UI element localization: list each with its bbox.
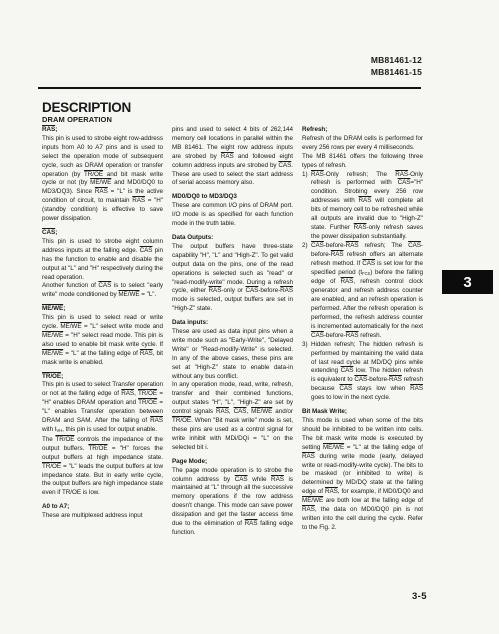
chapter-tab: 3 [442, 270, 493, 294]
overlined-signal: CAS [311, 332, 324, 339]
overlined-signal: ME/WE [90, 179, 111, 186]
overlined-signal: RAS [325, 488, 338, 495]
list-number: 3) [302, 341, 311, 403]
paragraph: This pin is used to select Transfer oper… [42, 381, 163, 435]
paragraph: This pin is used to strobe eight column … [42, 238, 163, 283]
part-number-header: MB81461-12 MB81461-15 [371, 55, 422, 78]
column-middle-blocks: pins and used to select 4 bits of 262,14… [172, 126, 293, 538]
paragraph: In any operation mode, read, write, refr… [172, 381, 293, 452]
paragraph: This mode is used when some of the bits … [302, 417, 423, 533]
list-number: 1) [302, 171, 311, 242]
column-right: Refresh;Refresh of the DRAM cells is per… [302, 100, 423, 538]
overlined-signal: CAS [235, 476, 248, 483]
overlined-signal: TR/OE [88, 445, 107, 452]
overlined-signal: RAS [346, 242, 359, 249]
overlined-signal: RAS [271, 476, 284, 483]
overlined-signal: RAS [209, 287, 222, 294]
paragraph: The output buffers have three-state capa… [172, 243, 293, 314]
paragraph: This pin is used to select read or write… [42, 314, 163, 367]
overlined-signal: RAS [140, 350, 153, 357]
page-body: DESCRIPTION DRAM OPERATION RAS;This pin … [42, 100, 422, 538]
page-title: DESCRIPTION [42, 100, 163, 115]
section-subtitle: DRAM OPERATION [42, 115, 163, 125]
paragraph: Refresh of the DRAM cells is performed f… [302, 135, 423, 153]
overlined-signal: CAS [245, 287, 258, 294]
overlined-signal: ME/WE [42, 332, 63, 339]
overlined-signal: CAS [234, 408, 247, 415]
overlined-signal: RAS [311, 171, 324, 178]
overlined-signal: TR/OE [55, 436, 74, 443]
overlined-signal: RAS [359, 197, 372, 204]
overlined-signal: CAS [311, 242, 324, 249]
overlined-signal: ME/WE [42, 350, 63, 357]
overlined-signal: RAS [410, 385, 423, 392]
overlined-signal: RAS [221, 153, 234, 160]
subscript: FCS [362, 271, 370, 276]
column-left: DESCRIPTION DRAM OPERATION RAS;This pin … [42, 100, 163, 538]
paragraph: pins and used to select 4 bits of 262,14… [172, 126, 293, 188]
overlined-signal: RAS [216, 408, 229, 415]
subscript: VH [57, 428, 63, 433]
list-item: 1)RAS-Only refresh; The RAS-Only refresh… [302, 171, 423, 242]
section-heading: Refresh; [302, 126, 423, 135]
section-heading: TR/OE; [42, 373, 163, 382]
header-rule [38, 87, 421, 89]
paragraph: The TR/OE controls the impedance of the … [42, 436, 163, 498]
overlined-signal: CAS [408, 242, 421, 249]
overlined-signal: RAS [245, 520, 258, 527]
section-heading: CAS; [42, 229, 163, 238]
overlined-signal: ME/WE [118, 291, 139, 298]
overlined-signal: RAS [302, 506, 315, 513]
overlined-signal: RAS [132, 197, 145, 204]
part-number-line: MB81461-12 [371, 55, 422, 67]
overlined-signal: TR/OE [138, 399, 157, 406]
section-heading: Page Mode; [172, 458, 293, 467]
list-item: 3)Hidden refresh; The hidden refresh is … [302, 341, 423, 403]
overlined-signal: CAS [341, 367, 354, 374]
paragraph: These are multiplexed address input [42, 512, 163, 521]
paragraph: This pin is used to strobe eight row-add… [42, 135, 163, 224]
overlined-signal: RAS [341, 278, 354, 285]
overlined-signal: CAS [362, 260, 375, 267]
page-number: 3-5 [412, 591, 427, 602]
overlined-signal: CAS [140, 247, 153, 254]
overlined-signal: RAS [280, 287, 293, 294]
section-heading: A0 to A7; [42, 503, 163, 512]
overlined-signal: ME/WE [60, 323, 81, 330]
list-item: 2)CAS-before-RAS refresh; The CAS-before… [302, 242, 423, 341]
section-heading: ME/WE; [42, 305, 163, 314]
overlined-signal: ME/WE [323, 444, 344, 451]
section-heading: Data inputs: [172, 319, 293, 328]
overlined-signal: CAS [42, 229, 55, 236]
column-left-blocks: RAS;This pin is used to strobe eight row… [42, 126, 163, 521]
paragraph: Another function of CAS is to select "ea… [42, 282, 163, 300]
column-middle: pins and used to select 4 bits of 262,14… [172, 100, 293, 538]
list-text: CAS-before-RAS refresh; The CAS-before-R… [311, 242, 423, 341]
overlined-signal: TR/OE [138, 390, 157, 397]
overlined-signal: CAS [339, 385, 352, 392]
section-heading: RAS; [42, 126, 163, 135]
overlined-signal: RAS [389, 376, 402, 383]
overlined-signal: ME/WE [42, 305, 63, 312]
list-text: Hidden refresh; The hidden refresh is pe… [311, 341, 423, 403]
overlined-signal: TR/OE [42, 463, 61, 470]
overlined-signal: RAS [302, 453, 315, 460]
overlined-signal: CAS [98, 282, 111, 289]
overlined-signal: RAS [331, 251, 344, 258]
section-heading: Bit Mask Write; [302, 408, 423, 417]
overlined-signal: RAS [150, 417, 163, 424]
list-number: 2) [302, 242, 311, 341]
overlined-signal: CAS [278, 162, 291, 169]
overlined-signal: ME/WE [251, 408, 272, 415]
overlined-signal: RAS [346, 332, 359, 339]
paragraph: These are used as data input pins when a… [172, 328, 293, 381]
overlined-signal: CAS [398, 179, 411, 186]
section-heading: Data Outputs: [172, 234, 293, 243]
datasheet-page: MB81461-12 MB81461-15 DESCRIPTION DRAM O… [0, 0, 499, 634]
overlined-signal: CAS [354, 376, 367, 383]
overlined-signal: RAS [95, 188, 108, 195]
overlined-signal: TR/OE [42, 373, 61, 380]
overlined-signal: RAS [42, 126, 55, 133]
overlined-signal: RAS [121, 390, 134, 397]
part-number-line: MB81461-15 [371, 67, 422, 79]
paragraph: These are common I/O pins of DRAM port. … [172, 202, 293, 229]
overlined-signal: ME/WE [302, 497, 323, 504]
overlined-signal: TR/OE [84, 171, 103, 178]
overlined-signal: RAS [395, 171, 408, 178]
overlined-signal: TR/OE [172, 417, 191, 424]
section-heading: MD0/DQ0 to MD3/DQ3 [172, 193, 293, 202]
paragraph: The MB 81461 offers the following three … [302, 153, 423, 171]
list-text: RAS-Only refresh; The RAS-Only refresh i… [311, 171, 423, 242]
overlined-signal: RAS [354, 224, 367, 231]
paragraph: The page mode operation is to strobe the… [172, 467, 293, 538]
column-right-blocks: Refresh;Refresh of the DRAM cells is per… [302, 126, 423, 533]
